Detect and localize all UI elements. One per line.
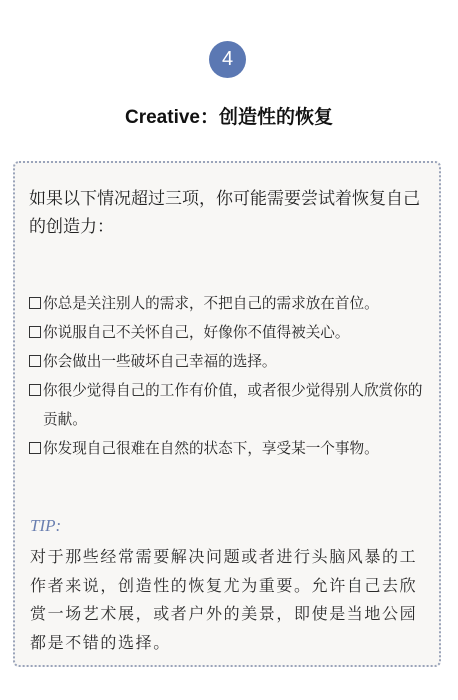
checkbox-icon[interactable] bbox=[29, 442, 41, 454]
checklist: 你总是关注别人的需求，不把自己的需求放在首位。 你说服自己不关怀自己，好像你不值… bbox=[29, 289, 431, 463]
checklist-item: 你说服自己不关怀自己，好像你不值得被关心。 bbox=[29, 318, 431, 347]
checklist-item-text: 你会做出一些破坏自己幸福的选择。 bbox=[43, 353, 277, 370]
tip-text: 对于那些经常需要解决问题或者进行头脑风暴的工作者来说，创造性的恢复尤为重要。允许… bbox=[30, 543, 430, 657]
section-title: Creative：创造性的恢复 bbox=[0, 102, 458, 129]
checklist-item-text: 你总是关注别人的需求，不把自己的需求放在首位。 bbox=[43, 295, 379, 312]
checklist-item: 你总是关注别人的需求，不把自己的需求放在首位。 bbox=[29, 289, 431, 318]
checkbox-icon[interactable] bbox=[29, 384, 41, 396]
checkbox-icon[interactable] bbox=[29, 297, 41, 309]
step-number: 4 bbox=[222, 48, 233, 71]
step-number-badge: 4 bbox=[209, 41, 246, 78]
intro-text: 如果以下情况超过三项，你可能需要尝试着恢复自己的创造力： bbox=[29, 185, 431, 241]
checkbox-icon[interactable] bbox=[29, 355, 41, 367]
checklist-item-text: 你说服自己不关怀自己，好像你不值得被关心。 bbox=[43, 324, 349, 341]
checklist-item-text: 你发现自己很难在自然的状态下，享受某一个事物。 bbox=[43, 440, 379, 457]
checklist-item: 你很少觉得自己的工作有价值，或者很少觉得别人欣赏你的贡献。 bbox=[29, 376, 431, 434]
checklist-item: 你发现自己很难在自然的状态下，享受某一个事物。 bbox=[29, 434, 431, 463]
checklist-item: 你会做出一些破坏自己幸福的选择。 bbox=[29, 347, 431, 376]
tip-label: TIP: bbox=[30, 516, 61, 536]
content-card: 如果以下情况超过三项，你可能需要尝试着恢复自己的创造力： 你总是关注别人的需求，… bbox=[13, 161, 441, 667]
checkbox-icon[interactable] bbox=[29, 326, 41, 338]
checklist-item-text: 你很少觉得自己的工作有价值，或者很少觉得别人欣赏你的贡献。 bbox=[43, 382, 422, 428]
